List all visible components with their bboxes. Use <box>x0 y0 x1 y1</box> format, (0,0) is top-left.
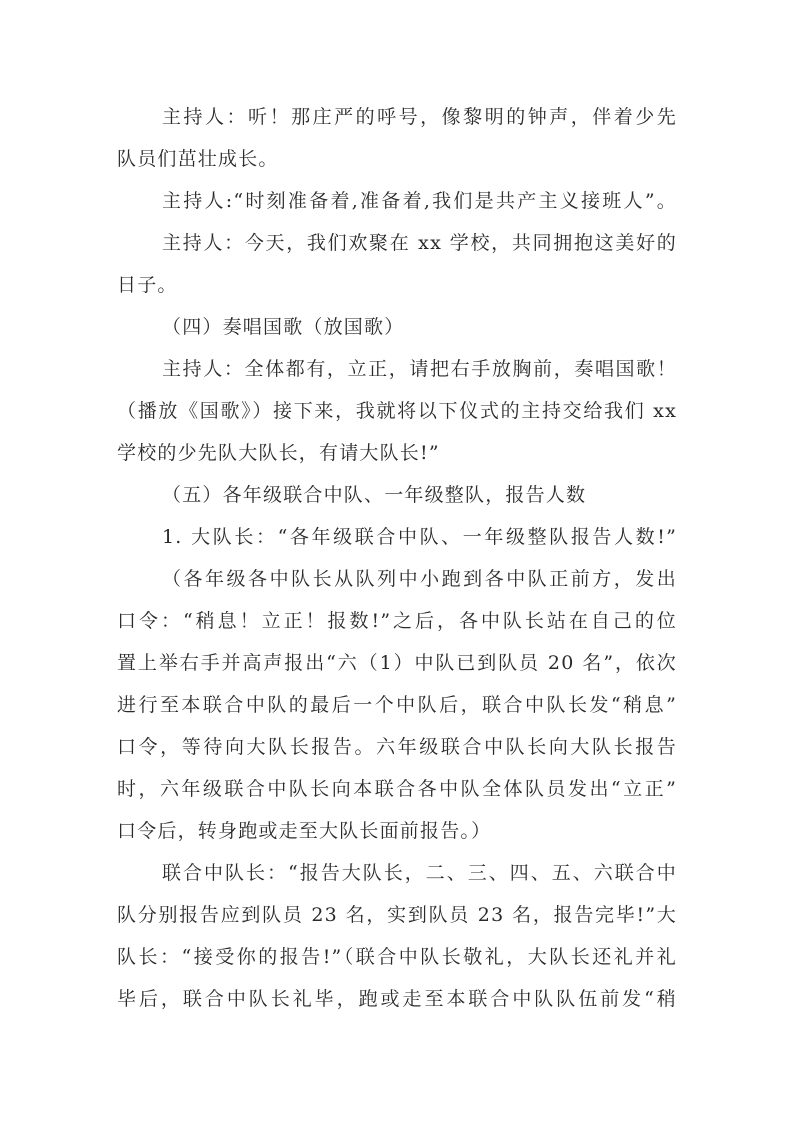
text-line: 队长：“接受你的报告!”（联合中队长敬礼，大队长还礼并礼 <box>117 940 677 982</box>
text-line: 口令后，转身跑或走至大队长面前报告。） <box>117 814 677 856</box>
text-line: 主持人：今天，我们欢聚在 xx 学校，共同拥抱这美好的 <box>117 226 677 268</box>
document-page: 主持人：听！那庄严的呼号，像黎明的钟声，伴着少先 队员们茁壮成长。 主持人:“时… <box>117 100 677 1024</box>
text-line: 联合中队长：“报告大队长，二、三、四、五、六联合中 <box>117 856 677 898</box>
text-line: 1. 大队长：“各年级联合中队、一年级整队报告人数!” <box>117 520 677 562</box>
text-line: 主持人：听！那庄严的呼号，像黎明的钟声，伴着少先 <box>117 100 677 142</box>
text-line: （播放《国歌》）接下来，我就将以下仪式的主持交给我们 xx <box>117 394 677 436</box>
text-line: 日子。 <box>117 268 677 310</box>
section-heading: （四）奏唱国歌（放国歌） <box>117 310 677 352</box>
section-heading: （五）各年级联合中队、一年级整队，报告人数 <box>117 478 677 520</box>
text-line: 主持人:“时刻准备着,准备着,我们是共产主义接班人”。 <box>117 184 677 226</box>
text-line: 口令，等待向大队长报告。六年级联合中队长向大队长报告 <box>117 730 677 772</box>
text-line: 进行至本联合中队的最后一个中队后，联合中队长发“稍息” <box>117 688 677 730</box>
text-line: 队分别报告应到队员 23 名，实到队员 23 名，报告完毕!”大 <box>117 898 677 940</box>
text-line: 口令：“稍息！立正！报数!”之后，各中队长站在自己的位 <box>117 604 677 646</box>
text-line: 时，六年级联合中队长向本联合各中队全体队员发出“立正” <box>117 772 677 814</box>
text-line: （各年级各中队长从队列中小跑到各中队正前方，发出 <box>117 562 677 604</box>
text-line: 毕后，联合中队长礼毕，跑或走至本联合中队队伍前发“稍 <box>117 982 677 1024</box>
text-line: 学校的少先队大队长，有请大队长!” <box>117 436 677 478</box>
text-line: 主持人：全体都有，立正，请把右手放胸前，奏唱国歌！ <box>117 352 677 394</box>
text-line: 队员们茁壮成长。 <box>117 142 677 184</box>
text-line: 置上举右手并高声报出“六（1）中队已到队员 20 名”，依次 <box>117 646 677 688</box>
